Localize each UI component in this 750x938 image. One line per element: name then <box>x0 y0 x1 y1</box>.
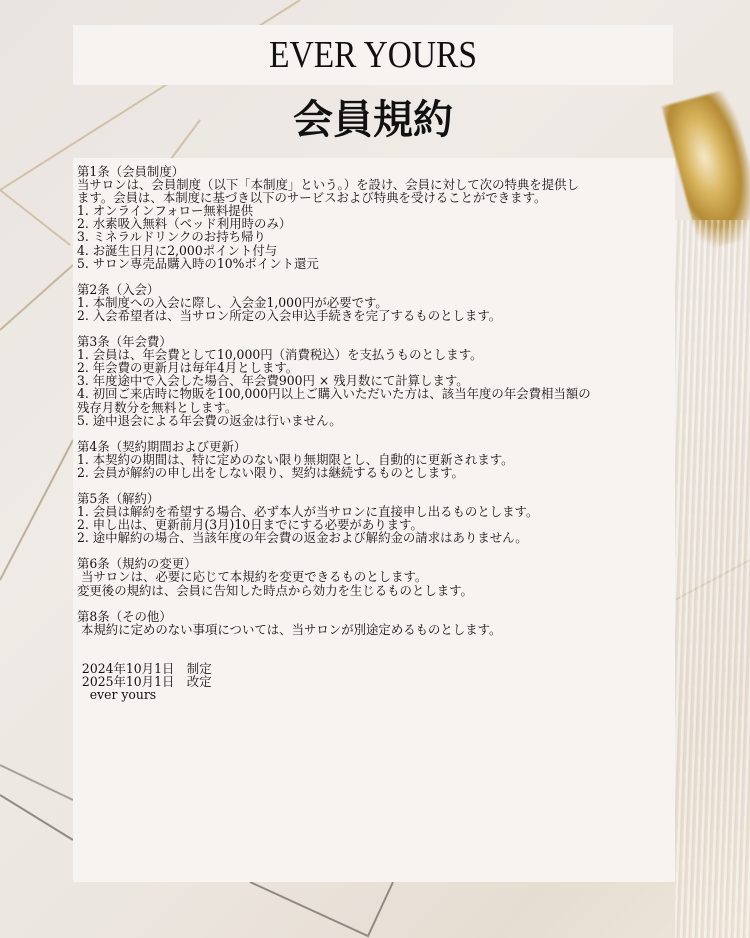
article-heading: 第8条（その他） <box>77 610 666 623</box>
article-line: 本規約に定めのない事項については、当サロンが別途定めるものとします。 <box>77 623 666 636</box>
signature: ever yours <box>82 688 666 701</box>
article-8: 第8条（その他） 本規約に定めのない事項については、当サロンが別途定めるものとし… <box>77 610 666 636</box>
article-4: 第4条（契約期間および更新） 1. 本契約の期間は、特に定めのない限り無期限とし… <box>77 440 666 479</box>
article-line: 2. 途中解約の場合、当該年度の年会費の返金および解約金の請求はありません。 <box>77 531 666 544</box>
article-6: 第6条（規約の変更） 当サロンは、必要に応じて本規約を変更できるものとします。 … <box>77 557 666 596</box>
article-line: 2. 入会希望者は、当サロン所定の入会申込手続きを完了するものとします。 <box>77 309 666 322</box>
brand-name: EVER YOURS <box>269 33 477 77</box>
brush-stroke-texture <box>675 220 750 938</box>
article-line: 残存月数分を無料とします。 <box>77 401 666 414</box>
article-line: 1. 本制度への入会に際し、入会金1,000円が必要です。 <box>77 296 666 309</box>
brand-header: EVER YOURS <box>73 25 673 85</box>
established-date: 2024年10月1日 制定 <box>82 662 666 675</box>
benefit-item: 5. サロン専売品購入時の10%ポイント還元 <box>77 257 666 270</box>
article-line: 変更後の規約は、会員に告知した時点から効力を生じるものとします。 <box>77 584 666 597</box>
page-title: 会員規約 <box>73 92 673 148</box>
article-heading: 第4条（契約期間および更新） <box>77 440 666 453</box>
article-line: 1. 本契約の期間は、特に定めのない限り無期限とし、自動的に更新されます。 <box>77 453 666 466</box>
article-heading: 第2条（入会） <box>77 283 666 296</box>
benefit-item: 3. ミネラルドリンクのお持ち帰り <box>77 230 666 243</box>
article-1: 第1条（会員制度） 当サロンは、会員制度（以下「本制度」という。）を設け、会員に… <box>77 165 666 270</box>
article-3: 第3条（年会費） 1. 会員は、年会費として10,000円（消費税込）を支払うも… <box>77 335 666 427</box>
article-5: 第5条（解約） 1. 会員は解約を希望する場合、必ず本人が当サロンに直接申し出る… <box>77 492 666 544</box>
terms-footer: 2024年10月1日 制定 2025年10月1日 改定 ever yours <box>77 662 666 701</box>
article-line: 4. 初回ご来店時に物販を100,000円以上ご購入いただいた方は、該当年度の年… <box>77 387 666 400</box>
gold-leaf-accent <box>662 88 750 251</box>
article-line: 5. 途中退会による年会費の返金は行いません。 <box>77 414 666 427</box>
revised-date: 2025年10月1日 改定 <box>82 675 666 688</box>
article-2: 第2条（入会） 1. 本制度への入会に際し、入会金1,000円が必要です。 2.… <box>77 283 666 322</box>
terms-content: 第1条（会員制度） 当サロンは、会員制度（以下「本制度」という。）を設け、会員に… <box>77 165 666 701</box>
benefit-item: 4. お誕生日月に2,000ポイント付与 <box>77 244 666 257</box>
article-line: 2. 会員が解約の申し出をしない限り、契約は継続するものとします。 <box>77 466 666 479</box>
terms-panel: 第1条（会員制度） 当サロンは、会員制度（以下「本制度」という。）を設け、会員に… <box>73 158 675 882</box>
article-line: 当サロンは、必要に応じて本規約を変更できるものとします。 <box>77 570 666 583</box>
